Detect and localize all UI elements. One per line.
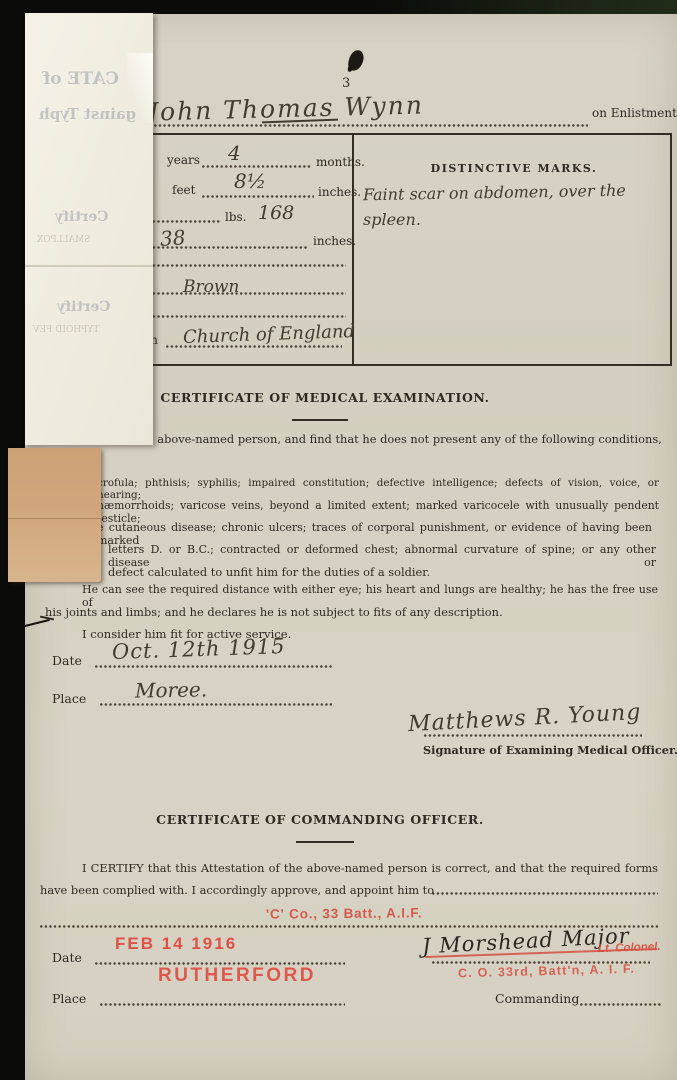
age-unit-right-label: months.	[316, 155, 365, 169]
co-body-line1: I CERTIFY that this Attestation of the a…	[82, 861, 658, 875]
chest-unit-label: inches.	[313, 234, 356, 248]
scanned-document-canvas: 3 John Thomas Wynn on Enlistment. years …	[0, 0, 677, 1080]
medical-date-dotted-line	[95, 665, 333, 668]
chest-dotted-line	[148, 246, 308, 249]
co-certificate-title: CERTIFICATE OF COMMANDING OFFICER.	[0, 812, 640, 827]
show-through-text: TYPHOID FEV	[33, 325, 99, 335]
signature-caption: Signature of Examining Medical Officer.	[423, 743, 677, 757]
co-title-rule	[296, 841, 354, 843]
show-through-text: Certify	[57, 299, 110, 315]
age-value-handwritten: 4	[228, 141, 241, 165]
condition-line: defect calculated to unfit him for the d…	[108, 565, 430, 579]
age-dotted-line	[202, 165, 312, 168]
distinctive-marks-title: DISTINCTIVE MARKS.	[360, 162, 668, 175]
weight-unit-label: lbs.	[225, 210, 247, 224]
signature-dotted-line	[424, 734, 642, 737]
medical-place-handwritten: Moree.	[135, 677, 208, 702]
medical-place-label: Place	[52, 691, 86, 706]
co-appoint-dotted-line	[432, 892, 658, 895]
height-unit-left-label: feet	[172, 183, 195, 197]
medical-intro-line: the above-named person, and find that he…	[135, 432, 662, 446]
condition-line: crofula; phthisis; syphilis; impaired co…	[97, 477, 659, 501]
tan-paper-overlay	[8, 448, 101, 582]
place-stamp: RUTHERFORD	[158, 965, 316, 987]
co-place-dotted-line	[100, 1003, 345, 1006]
tan-crease-line	[8, 518, 101, 519]
co-place-label: Place	[52, 991, 86, 1006]
weight-value-handwritten: 168	[258, 202, 294, 224]
show-through-text: gainst Typh	[39, 105, 136, 123]
show-through-text: CATE of	[43, 69, 119, 89]
height-unit-right-label: inches.	[318, 185, 361, 199]
height-value-handwritten: 8½	[234, 169, 266, 193]
height-dotted-line	[202, 195, 314, 198]
show-through-text: SMALLPOX	[37, 235, 91, 245]
page-number: 3	[342, 76, 350, 91]
table-right-border	[670, 133, 672, 366]
commanding-label: Commanding	[495, 991, 579, 1006]
distinctive-marks-line2: spleen.	[363, 210, 421, 229]
commanding-dotted-line	[580, 1003, 662, 1006]
co-body-line2: have been complied with. I accordingly a…	[40, 883, 434, 897]
date-stamp: FEB 14 1916	[115, 934, 237, 954]
scan-background-top	[0, 0, 677, 14]
age-unit-left-label: years	[167, 153, 200, 167]
weight-dotted-line	[148, 220, 220, 223]
enlistment-label: on Enlistment.	[592, 106, 677, 120]
medical-title-rule	[292, 419, 348, 421]
co-date-label: Date	[52, 950, 82, 965]
show-through-text: Certify	[55, 209, 108, 225]
white-paper-overlay: CATE of gainst Typh Certify SMALLPOX Cer…	[25, 13, 153, 445]
medical-date-label: Date	[52, 653, 82, 668]
unit-stamp: 'C' Co., 33 Batt., A.I.F.	[266, 905, 423, 921]
rank-stamp: Lt. Colonel.	[598, 941, 661, 955]
complexion-dotted-line	[148, 264, 346, 267]
eyesight-line2: his joints and limbs; and he declares he…	[45, 605, 503, 619]
hair-dotted-line	[148, 315, 346, 318]
medical-place-dotted-line	[100, 703, 332, 706]
overlay-fold-line	[25, 265, 153, 267]
eyes-dotted-line	[148, 292, 346, 295]
